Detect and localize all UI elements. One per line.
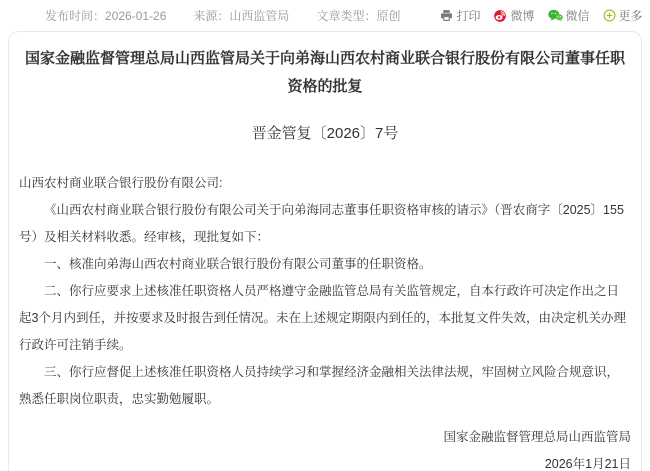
salutation: 山西农村商业联合银行股份有限公司: [19,170,631,197]
article-source-value: 山西监管局 [229,9,289,23]
article-page: { "meta": { "publish_label": "发布时间：", "p… [0,0,650,471]
article-type-value: 原创 [376,9,400,23]
article-type: 文章类型：原创 [316,7,400,24]
print-button-label: 打印 [456,7,480,24]
share-more-button[interactable]: 更多 [603,7,643,24]
paragraph-item-2: 二、你行应要求上述核准任职资格人员严格遵守金融监管总局有关监管规定，自本行政许可… [19,278,631,359]
paragraph-item-3: 三、你行应督促上述核准任职资格人员持续学习和掌握经济金融相关法律法规，牢固树立风… [19,359,631,413]
article-meta-bar: 发布时间：2026-01-26 来源：山西监管局 文章类型：原创 打印 [0,0,650,31]
article-panel: 国家金融监督管理总局山西监管局关于向弟海山西农村商业联合银行股份有限公司董事任职… [8,31,642,471]
share-toolbar: 打印 微博 [427,7,642,24]
share-wechat-label: 微信 [566,7,590,24]
article-title: 国家金融监督管理总局山西监管局关于向弟海山西农村商业联合银行股份有限公司董事任职… [19,45,631,101]
signature: 国家金融监督管理总局山西监管局 [19,424,631,451]
wechat-icon [548,9,563,22]
share-weibo-button[interactable]: 微博 [493,7,534,24]
article-meta-info: 发布时间：2026-01-26 来源：山西监管局 文章类型：原创 [45,7,427,24]
share-wechat-button[interactable]: 微信 [548,7,590,24]
paragraph-item-1: 一、核准向弟海山西农村商业联合银行股份有限公司董事的任职资格。 [19,251,631,278]
share-more-label: 更多 [619,7,643,24]
publish-time-label: 发布时间： [45,9,105,23]
document-body: 山西农村商业联合银行股份有限公司: 《山西农村商业联合银行股份有限公司关于向弟海… [19,170,631,471]
document-date: 2026年1月21日 [19,451,631,471]
publish-time-value: 2026-01-26 [105,9,166,23]
more-icon [603,9,616,22]
weibo-icon [493,9,507,23]
document-number: 晋金管复〔2026〕7号 [19,120,631,147]
article-source: 来源：山西监管局 [193,7,289,24]
share-weibo-label: 微博 [510,7,534,24]
paragraph-intro: 《山西农村商业联合银行股份有限公司关于向弟海同志董事任职资格审核的请示》（晋农商… [19,197,631,251]
printer-icon [440,9,453,22]
publish-time: 发布时间：2026-01-26 [45,7,166,24]
signature-block: 国家金融监督管理总局山西监管局 2026年1月21日 [19,424,631,471]
article-type-label: 文章类型： [316,9,376,23]
print-button[interactable]: 打印 [440,7,480,24]
article-source-label: 来源： [193,9,229,23]
